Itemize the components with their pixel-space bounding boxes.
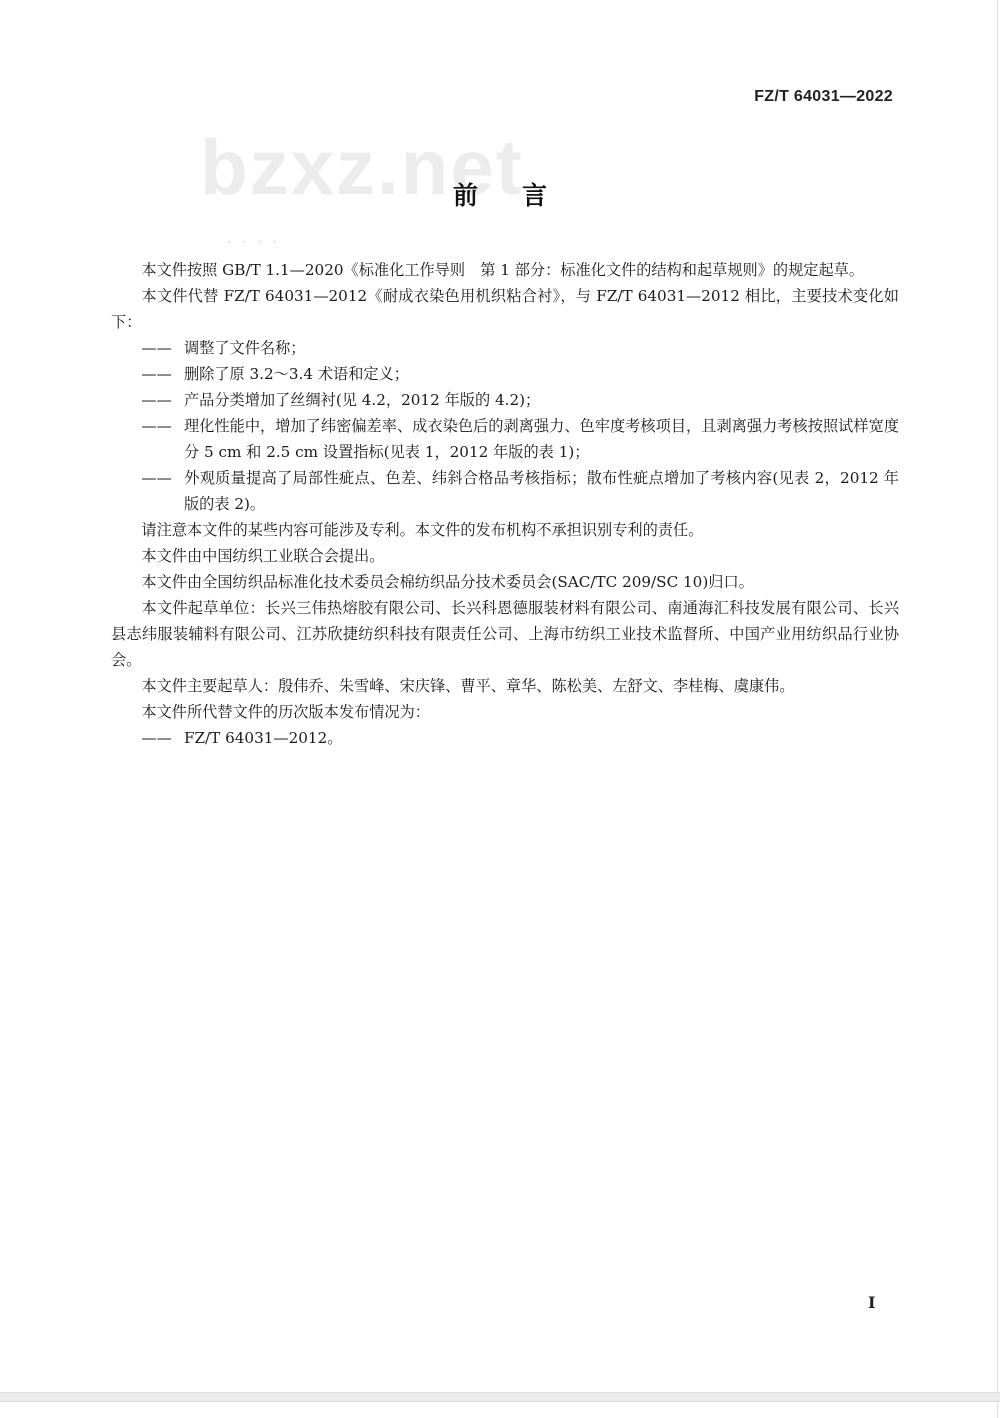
list-item: ——调整了文件名称； [141, 335, 899, 361]
title-char-2: 言 [522, 176, 547, 212]
paragraph-drafters: 本文件主要起草人：殷伟乔、朱雪峰、宋庆锋、曹平、章华、陈松美、左舒文、李桂梅、虞… [111, 673, 899, 699]
dash-marker: —— [141, 725, 184, 751]
paragraph-patent-notice: 请注意本文件的某些内容可能涉及专利。本文件的发布机构不承担识别专利的责任。 [111, 517, 899, 543]
dash-marker: —— [141, 465, 184, 491]
paragraph-history: 本文件所代替文件的历次版本发布情况为： [111, 699, 899, 725]
paragraph-proposer: 本文件由中国纺织工业联合会提出。 [111, 543, 899, 569]
foreword-body: 本文件按照 GB/T 1.1—2020《标准化工作导则 第 1 部分：标准化文件… [111, 257, 899, 751]
list-item: ——删除了原 3.2～3.4 术语和定义； [141, 361, 899, 387]
dash-marker: —— [141, 335, 184, 361]
page-separator [0, 1392, 1000, 1402]
dash-marker: —— [141, 387, 184, 413]
paragraph-replacement: 本文件代替 FZ/T 64031—2012《耐成衣染色用机织粘合衬》，与 FZ/… [111, 283, 899, 335]
next-page-edge [0, 1402, 998, 1418]
paragraph-drafting-units: 本文件起草单位：长兴三伟热熔胶有限公司、长兴科恩德服装材料有限公司、南通海汇科技… [111, 595, 899, 673]
paragraph-committee: 本文件由全国纺织品标准化技术委员会棉纺织品分技术委员会(SAC/TC 209/S… [111, 569, 899, 595]
dash-marker: —— [141, 413, 184, 439]
title-char-1: 前 [453, 176, 478, 212]
list-item: ——FZ/T 64031—2012。 [141, 725, 899, 751]
list-item: ——理化性能中，增加了纬密偏差率、成衣染色后的剥离强力、色牢度考核项目，且剥离强… [141, 413, 899, 465]
list-item: ——外观质量提高了局部性疵点、色差、纬斜合格品考核指标；散布性疵点增加了考核内容… [141, 465, 899, 517]
dash-marker: —— [141, 361, 184, 387]
standard-number: FZ/T 64031—2022 [754, 88, 893, 106]
page-title: 前言 [0, 176, 1000, 212]
paragraph-drafting-rules: 本文件按照 GB/T 1.1—2020《标准化工作导则 第 1 部分：标准化文件… [111, 257, 899, 283]
scan-artifact: · · · · [228, 238, 281, 247]
page-number: I [868, 1293, 875, 1312]
list-item: ——产品分类增加了丝绸衬(见 4.2，2012 年版的 4.2)； [141, 387, 899, 413]
document-page: FZ/T 64031—2022 bzxz.net 前言 · · · · 本文件按… [0, 0, 998, 1392]
